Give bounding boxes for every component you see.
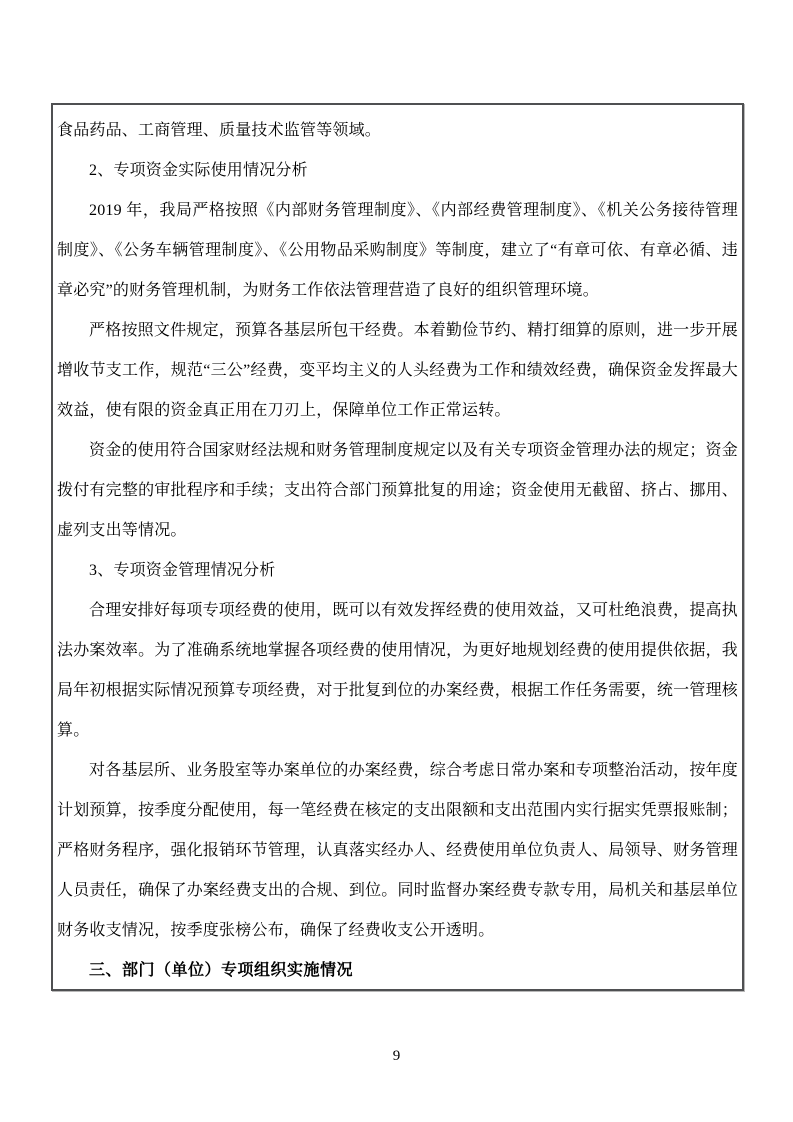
paragraph-case-handling-funds: 对各基层所、业务股室等办案单位的办案经费，综合考虑日常办案和专项整治活动，按年度… xyxy=(57,751,738,951)
subheading-special-funds-management: 3、专项资金管理情况分析 xyxy=(57,551,738,591)
section-heading-organization-implementation: 三、部门（单位）专项组织实施情况 xyxy=(57,951,738,991)
paragraph-2019-systems: 2019 年，我局严格按照《内部财务管理制度》、《内部经费管理制度》、《机关公务… xyxy=(57,191,738,311)
report-content-border-box: 食品药品、工商管理、质量技术监管等领域。 2、专项资金实际使用情况分析 2019… xyxy=(51,103,744,991)
paragraph-continuation: 食品药品、工商管理、质量技术监管等领域。 xyxy=(57,111,738,151)
document-page: 食品药品、工商管理、质量技术监管等领域。 2、专项资金实际使用情况分析 2019… xyxy=(0,0,793,1122)
page-number: 9 xyxy=(0,1046,793,1066)
paragraph-budget-discipline: 严格按照文件规定，预算各基层所包干经费。本着勤俭节约、精打细算的原则，进一步开展… xyxy=(57,311,738,431)
subheading-special-funds-actual-use: 2、专项资金实际使用情况分析 xyxy=(57,151,738,191)
paragraph-fund-arrangement: 合理安排好每项专项经费的使用，既可以有效发挥经费的使用效益，又可杜绝浪费，提高执… xyxy=(57,591,738,751)
paragraph-fund-compliance: 资金的使用符合国家财经法规和财务管理制度规定以及有关专项资金管理办法的规定；资金… xyxy=(57,431,738,551)
